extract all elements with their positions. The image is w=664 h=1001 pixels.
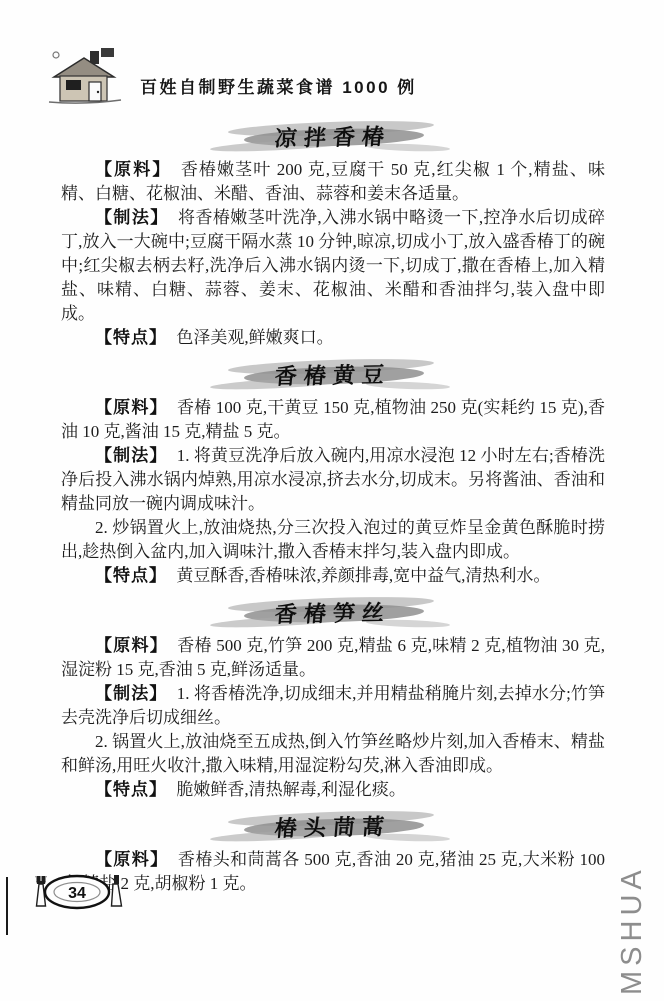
features-paragraph: 【特点】脆嫩鲜香,清热解毒,利湿化痰。 bbox=[61, 778, 605, 802]
method-step-paragraph: 2. 锅置火上,放油烧至五成热,倒入竹笋丝略炒片刻,加入香椿末、精盐和鲜汤,用旺… bbox=[61, 730, 605, 778]
recipe-section: 椿头茼蒿 【原料】香椿头和茼蒿各 500 克,香油 20 克,猪油 25 克,大… bbox=[61, 807, 605, 896]
ingredients-label: 【原料】 bbox=[95, 160, 171, 179]
recipe-title: 凉拌香椿 bbox=[206, 119, 459, 154]
method-step-text: 2. 锅置火上,放油烧至五成热,倒入竹笋丝略炒片刻,加入香椿末、精盐和鲜汤,用旺… bbox=[61, 732, 605, 775]
features-paragraph: 【特点】色泽美观,鲜嫩爽口。 bbox=[61, 326, 605, 350]
features-text: 脆嫩鲜香,清热解毒,利湿化痰。 bbox=[176, 780, 406, 799]
knife-icon bbox=[112, 875, 122, 906]
method-label: 【制法】 bbox=[95, 446, 167, 465]
features-paragraph: 【特点】黄豆酥香,香椿味浓,养颜排毒,宽中益气,清热利水。 bbox=[61, 564, 605, 588]
page-number-plate: 34 bbox=[22, 868, 134, 918]
ingredients-paragraph: 【原料】香椿 100 克,干黄豆 150 克,植物油 250 克(实耗约 15 … bbox=[61, 396, 605, 444]
method-label: 【制法】 bbox=[95, 684, 167, 703]
features-label: 【特点】 bbox=[95, 780, 167, 799]
recipe-section: 香椿笋丝 【原料】香椿 500 克,竹笋 200 克,精盐 6 克,味精 2 克… bbox=[61, 593, 605, 802]
recipe-title-banner: 凉拌香椿 bbox=[208, 117, 458, 155]
features-label: 【特点】 bbox=[95, 566, 167, 585]
watermark-text: MSHUA bbox=[612, 875, 652, 995]
scan-artifact-line bbox=[6, 877, 8, 935]
book-page: 百姓自制野生蔬菜食谱 1000 例 凉拌香椿 【原料】香椿嫩茎叶 200 克,豆… bbox=[0, 0, 664, 1001]
method-paragraph: 【制法】将香椿嫩茎叶洗净,入沸水锅中略烫一下,控净水后切成碎丁,放入一大碗中;豆… bbox=[61, 206, 605, 326]
recipe-title-banner: 椿头茼蒿 bbox=[208, 807, 458, 845]
page-number: 34 bbox=[68, 885, 86, 902]
page-header: 百姓自制野生蔬菜食谱 1000 例 bbox=[46, 46, 417, 108]
recipes-column: 凉拌香椿 【原料】香椿嫩茎叶 200 克,豆腐干 50 克,红尖椒 1 个,精盐… bbox=[61, 112, 605, 896]
ingredients-label: 【原料】 bbox=[95, 636, 168, 655]
method-step-paragraph: 2. 炒锅置火上,放油烧热,分三次投入泡过的黄豆炸呈金黄色酥脆时捞出,趁热倒入盆… bbox=[61, 516, 605, 564]
features-text: 黄豆酥香,香椿味浓,养颜排毒,宽中益气,清热利水。 bbox=[176, 566, 550, 585]
recipe-title: 香椿笋丝 bbox=[206, 595, 459, 630]
recipe-title: 香椿黄豆 bbox=[206, 357, 459, 392]
ingredients-label: 【原料】 bbox=[95, 850, 169, 869]
recipe-section: 香椿黄豆 【原料】香椿 100 克,干黄豆 150 克,植物油 250 克(实耗… bbox=[61, 355, 605, 588]
ingredients-label: 【原料】 bbox=[95, 398, 168, 417]
ingredients-paragraph: 【原料】香椿头和茼蒿各 500 克,香油 20 克,猪油 25 克,大米粉 10… bbox=[61, 848, 605, 896]
house-icon bbox=[46, 46, 124, 108]
page-footer: 34 bbox=[22, 868, 134, 923]
features-label: 【特点】 bbox=[95, 328, 167, 347]
method-paragraph: 【制法】1. 将香椿洗净,切成细末,并用精盐稍腌片刻,去掉水分;竹笋去壳洗净后切… bbox=[61, 682, 605, 730]
method-step-text: 2. 炒锅置火上,放油烧热,分三次投入泡过的黄豆炸呈金黄色酥脆时捞出,趁热倒入盆… bbox=[61, 518, 605, 561]
method-label: 【制法】 bbox=[95, 208, 169, 227]
recipe-section: 凉拌香椿 【原料】香椿嫩茎叶 200 克,豆腐干 50 克,红尖椒 1 个,精盐… bbox=[61, 117, 605, 350]
recipe-title-banner: 香椿黄豆 bbox=[208, 355, 458, 393]
features-text: 色泽美观,鲜嫩爽口。 bbox=[176, 328, 333, 347]
ingredients-paragraph: 【原料】香椿 500 克,竹笋 200 克,精盐 6 克,味精 2 克,植物油 … bbox=[61, 634, 605, 682]
book-title: 百姓自制野生蔬菜食谱 1000 例 bbox=[140, 73, 417, 108]
method-paragraph: 【制法】1. 将黄豆洗净后放入碗内,用凉水浸泡 12 小时左右;香椿洗净后投入沸… bbox=[61, 444, 605, 516]
ingredients-paragraph: 【原料】香椿嫩茎叶 200 克,豆腐干 50 克,红尖椒 1 个,精盐、味精、白… bbox=[61, 158, 605, 206]
recipe-title-banner: 香椿笋丝 bbox=[208, 593, 458, 631]
recipe-title: 椿头茼蒿 bbox=[206, 809, 459, 844]
